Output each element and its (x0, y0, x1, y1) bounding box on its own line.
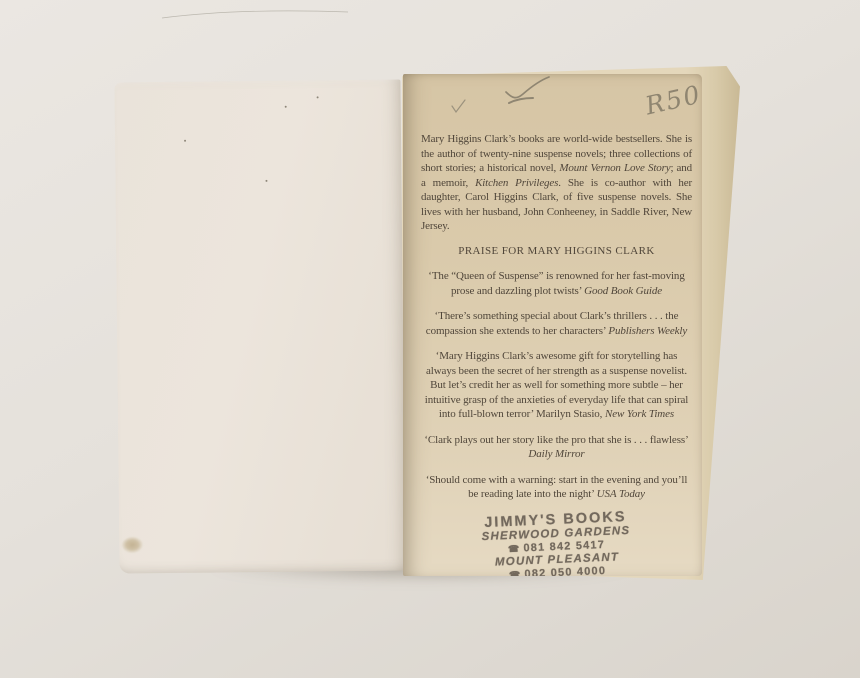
photo-scene: Mary Higgins Clark’s books are world-wid… (0, 0, 860, 678)
page-corner-stain (121, 536, 143, 553)
pencil-checkmark-icon (503, 76, 553, 108)
paper-speck (184, 140, 186, 142)
telephone-icon: ☎ (508, 543, 520, 553)
paper-speck (317, 96, 319, 98)
left-blank-page (114, 80, 405, 574)
praise-quote-new-york-times: ‘Mary Higgins Clark’s awesome gift for s… (421, 349, 692, 422)
author-bio-paragraph: Mary Higgins Clark’s books are world-wid… (421, 132, 692, 234)
telephone-icon: ☎ (509, 569, 521, 576)
praise-quote-publishers-weekly: ‘There’s something special about Clark’s… (421, 309, 692, 338)
praise-quote-usa-today: ‘Should come with a warning: start in th… (421, 473, 692, 502)
praise-quote-daily-mirror: ‘Clark plays out her story like the pro … (421, 433, 692, 462)
background-scratch-line (160, 4, 350, 28)
praise-quote-good-book-guide: ‘The “Queen of Suspense” is renowned for… (421, 269, 692, 298)
right-text-page: Mary Higgins Clark’s books are world-wid… (403, 74, 702, 576)
paper-speck (265, 180, 267, 182)
pencil-checkmark-icon (451, 99, 467, 115)
paper-speck (285, 106, 287, 108)
praise-heading: PRAISE FOR MARY HIGGINS CLARK (421, 244, 692, 259)
bookstore-stamp: JIMMY'S BOOKS SHERWOOD GARDENS ☎ 081 842… (420, 507, 694, 576)
